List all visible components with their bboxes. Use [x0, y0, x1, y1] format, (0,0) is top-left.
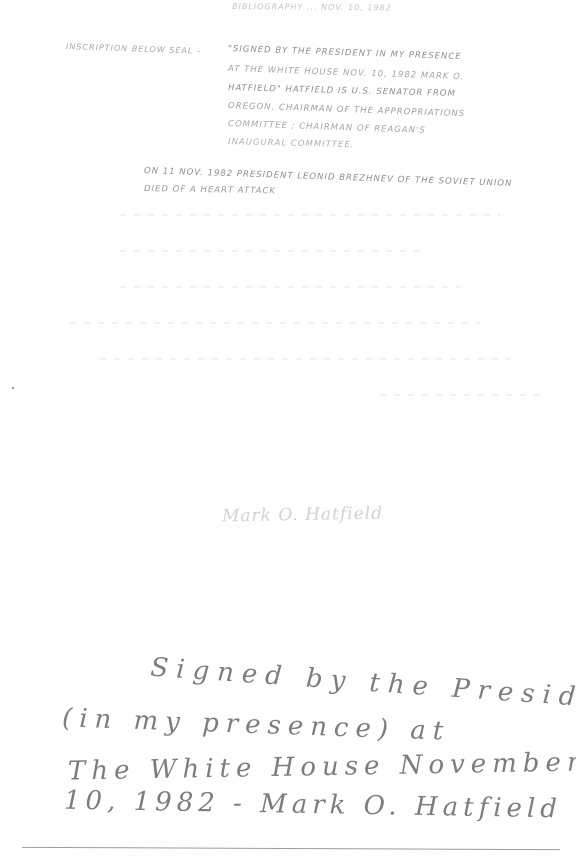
inscription-note-line: Committee ; Chairman of Reagan's: [228, 119, 426, 136]
bleed-through-line: [120, 214, 500, 216]
inscription-note-line: "Signed by the President in my presence: [228, 44, 462, 62]
scan-speck: [12, 387, 14, 389]
inscription-note-line: Oregon, Chairman of the Appropriations: [228, 101, 465, 119]
bleed-through-line: [120, 250, 420, 252]
handwritten-inscription-line: (in my presence) at: [62, 703, 451, 747]
bleed-through-line: [70, 322, 480, 324]
bottom-rule: [22, 847, 560, 850]
bleed-through-line: [380, 394, 540, 396]
historical-note-line: died of a heart attack: [144, 184, 276, 196]
inscription-note-line: at the White House Nov. 10, 1982 Mark O.: [228, 64, 465, 82]
bleed-through-line: [120, 286, 460, 288]
scanned-document-page: Bibliography ... Nov. 10, 1982 Inscripti…: [0, 0, 576, 868]
inscription-note-line: Inaugural Committee.: [228, 137, 355, 150]
document-header: Bibliography ... Nov. 10, 1982: [232, 2, 392, 12]
bleed-through-line: [100, 358, 510, 360]
handwritten-inscription-line: 10, 1982 - Mark O. Hatfield: [64, 786, 562, 825]
inscription-note-line: Hatfield" Hatfield is U.S. Senator from: [228, 83, 456, 99]
handwritten-inscription-line: The White House November: [68, 747, 576, 786]
faint-signature: Mark O. Hatfield: [222, 504, 383, 527]
inscription-label: Inscription below seal –: [66, 42, 202, 56]
